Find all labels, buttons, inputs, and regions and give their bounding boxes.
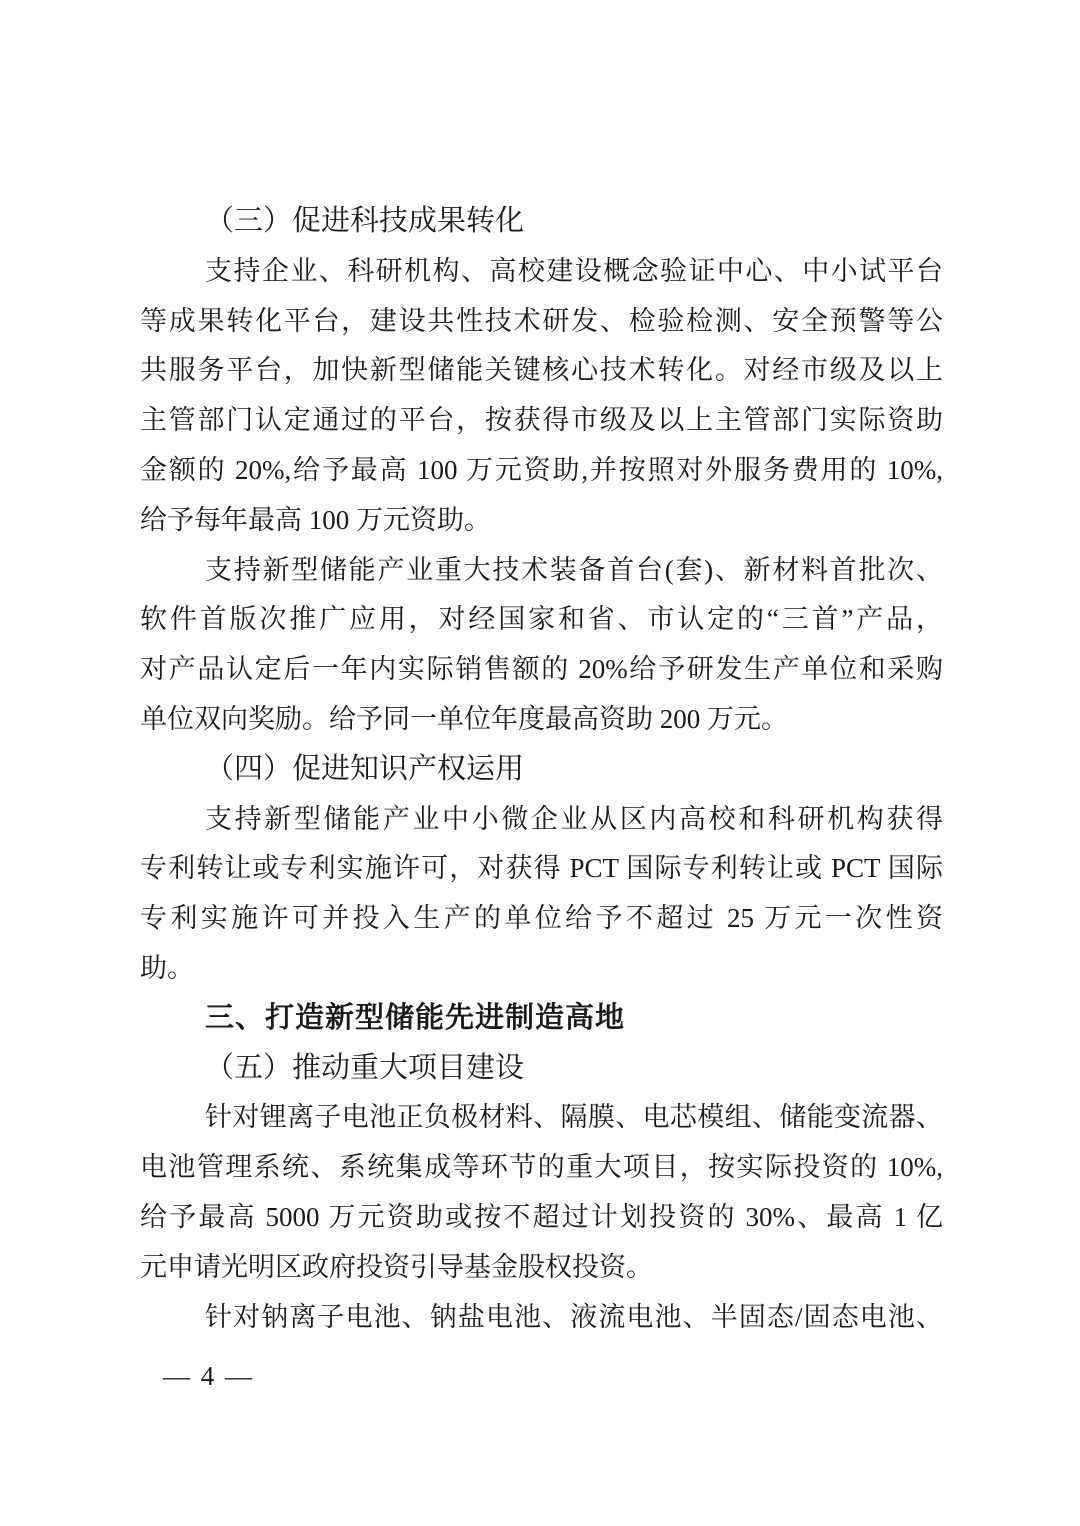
- body-text-line: 金额的 20%,给予最高 100 万元资助,并按照对外服务费用的 10%,: [140, 446, 943, 496]
- section-heading-line: （五）推动重大项目建设: [140, 1044, 943, 1094]
- document-page: （三）促进科技成果转化支持企业、科研机构、高校建设概念验证中心、中小试平台等成果…: [0, 0, 1080, 1526]
- body-text-line: 元申请光明区政府投资引导基金股权投资。: [140, 1243, 943, 1293]
- body-text-line: 电池管理系统、系统集成等环节的重大项目，按实际投资的 10%,: [140, 1143, 943, 1193]
- body-text-line: 针对钠离子电池、钠盐电池、液流电池、半固态/固态电池、: [140, 1293, 943, 1343]
- body-text-line: 专利转让或专利实施许可，对获得 PCT 国际专利转让或 PCT 国际: [140, 844, 943, 894]
- section-heading-line: （四）促进知识产权运用: [140, 745, 943, 795]
- body-text-line: 单位双向奖励。给予同一单位年度最高资助 200 万元。: [140, 695, 943, 745]
- body-text-line: 等成果转化平台，建设共性技术研发、检验检测、安全预警等公: [140, 297, 943, 347]
- body-text-line: 软件首版次推广应用，对经国家和省、市认定的“三首”产品，: [140, 595, 943, 645]
- body-text-line: 给予每年最高 100 万元资助。: [140, 496, 943, 546]
- body-text-line: 主管部门认定通过的平台，按获得市级及以上主管部门实际资助: [140, 396, 943, 446]
- body-text-line: 支持新型储能产业中小微企业从区内高校和科研机构获得: [140, 795, 943, 845]
- document-body: （三）促进科技成果转化支持企业、科研机构、高校建设概念验证中心、中小试平台等成果…: [140, 197, 943, 1342]
- body-text-line: 给予最高 5000 万元资助或按不超过计划投资的 30%、最高 1 亿: [140, 1193, 943, 1243]
- section-heading-line: （三）促进科技成果转化: [140, 197, 943, 247]
- body-text-line: 支持企业、科研机构、高校建设概念验证中心、中小试平台: [140, 247, 943, 297]
- page-number: — 4 —: [163, 1356, 254, 1396]
- body-text-line: 助。: [140, 944, 943, 994]
- body-text-line: 专利实施许可并投入生产的单位给予不超过 25 万元一次性资: [140, 894, 943, 944]
- body-text-line: 共服务平台，加快新型储能关键核心技术转化。对经市级及以上: [140, 346, 943, 396]
- body-text-line: 针对锂离子电池正负极材料、隔膜、电芯模组、储能变流器、: [140, 1093, 943, 1143]
- chapter-heading-line: 三、打造新型储能先进制造高地: [140, 994, 943, 1044]
- body-text-line: 支持新型储能产业重大技术装备首台(套)、新材料首批次、: [140, 546, 943, 596]
- body-text-line: 对产品认定后一年内实际销售额的 20%给予研发生产单位和采购: [140, 645, 943, 695]
